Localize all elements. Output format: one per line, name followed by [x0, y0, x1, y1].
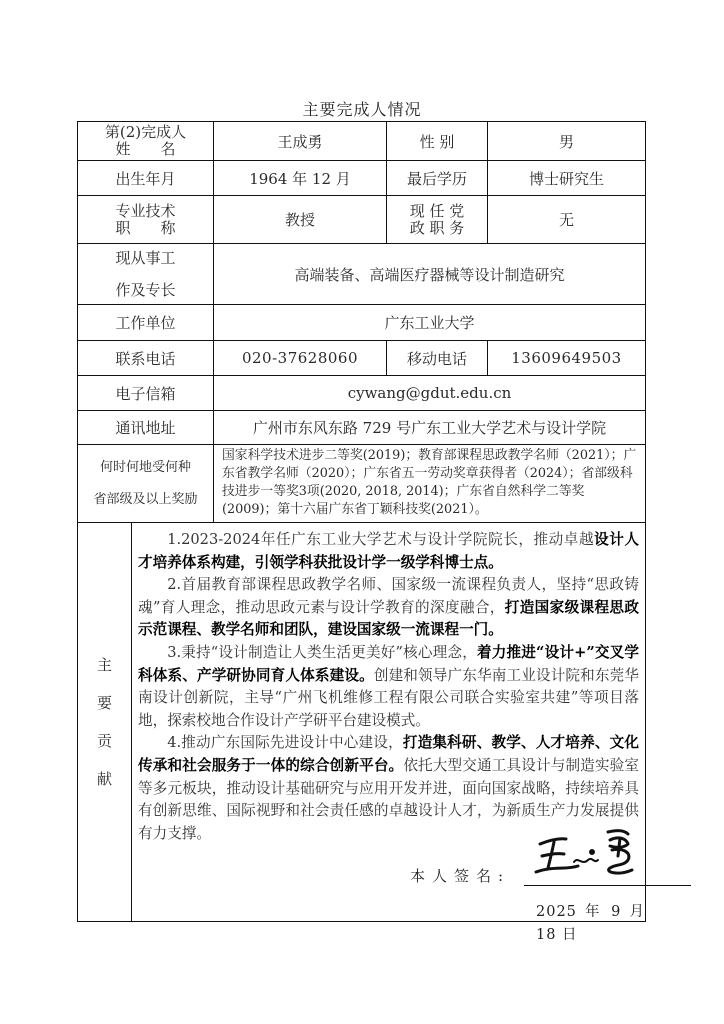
mobile-value: 13609649503	[488, 341, 645, 376]
work-specialty-line2: 作及专长	[115, 274, 175, 306]
name-label-line2: 姓 名	[115, 141, 175, 158]
mobile-label: 移动电话	[387, 341, 488, 376]
awards-label: 何时何地受何种 省部级及以上奖励	[78, 445, 214, 523]
contribution-text: 1.2023-2024年任广东工业大学艺术与设计学院院长，推动卓越	[167, 531, 594, 548]
education-label: 最后学历	[387, 161, 488, 196]
phone-label: 联系电话	[78, 341, 214, 376]
education-value: 博士研究生	[488, 161, 645, 196]
page-title: 主要完成人情况	[0, 97, 724, 120]
info-table: 第(2)完成人 姓 名 王成勇 性 别 男 出生年月 1964 年 12 月 最…	[77, 121, 646, 922]
address-label: 通讯地址	[78, 411, 214, 445]
contrib-label-char: 主	[97, 646, 112, 684]
gender-label: 性 别	[387, 122, 488, 161]
awards-label-line1: 何时何地受何种	[100, 452, 191, 484]
contribution-text: 4.推动广东国际先进设计中心建设，	[167, 734, 403, 751]
awards-label-line2: 省部级及以上奖励	[93, 484, 197, 516]
work-specialty-value: 高端装备、高端医疗器械等设计制造研究	[214, 244, 645, 305]
contributions-section: 主 要 贡 献 1.2023-2024年任广东工业大学艺术与设计学院院长，推动卓…	[78, 523, 645, 921]
work-unit-label: 工作单位	[78, 305, 214, 341]
professional-title-line2: 职 称	[115, 220, 175, 237]
contribution-item-2: 2.首届教育部课程思政教学名师、国家级一流课程负责人，坚持“思政铸魂”育人理念，…	[138, 574, 639, 642]
name-label: 第(2)完成人 姓 名	[78, 122, 214, 161]
professional-title-label: 专业技术 职 称	[78, 196, 214, 244]
party-position-label: 现 任 党 政 职 务	[387, 196, 488, 244]
party-position-line2: 政 职 务	[410, 220, 465, 237]
awards-value: 国家科学技术进步二等奖(2019)；教育部课程思政教学名师（2021）；广东省教…	[214, 445, 645, 523]
contrib-label-char: 贡	[97, 722, 112, 760]
contributions-label: 主 要 贡 献	[78, 523, 132, 921]
email-label: 电子信箱	[78, 376, 214, 411]
email-value: cywang@gdut.edu.cn	[214, 376, 645, 411]
contributions-body: 1.2023-2024年任广东工业大学艺术与设计学院院长，推动卓越设计人才培养体…	[132, 523, 645, 923]
contribution-text: 3.秉持“设计制造让人类生活更美好”核心理念，	[167, 644, 477, 661]
contribution-item-1: 1.2023-2024年任广东工业大学艺术与设计学院院长，推动卓越设计人才培养体…	[138, 529, 639, 574]
contribution-item-3: 3.秉持“设计制造让人类生活更美好”核心理念，着力推进“设计+”交叉学科体系、产…	[138, 642, 639, 732]
gender-value: 男	[488, 122, 645, 161]
signature-date: 2025 年 9 月 18 日	[536, 901, 645, 946]
party-position-line1: 现 任 党	[410, 203, 465, 220]
work-unit-value: 广东工业大学	[214, 305, 645, 341]
name-value: 王成勇	[214, 122, 387, 161]
party-position-value: 无	[488, 196, 645, 244]
work-specialty-line1: 现从事工	[115, 242, 175, 274]
phone-value: 020-37628060	[214, 341, 387, 376]
birth-label: 出生年月	[78, 161, 214, 196]
contrib-label-char: 献	[97, 760, 112, 798]
professional-title-line1: 专业技术	[115, 203, 175, 220]
contrib-label-char: 要	[97, 684, 112, 722]
name-label-line1: 第(2)完成人	[105, 124, 186, 141]
signature-line	[524, 885, 691, 886]
work-specialty-label: 现从事工 作及专长	[78, 244, 214, 305]
birth-value: 1964 年 12 月	[214, 161, 387, 196]
signature-label: 本人签名:	[410, 865, 510, 888]
handwritten-signature-icon	[532, 826, 652, 881]
address-value: 广州市东风东路 729 号广东工业大学艺术与设计学院	[214, 411, 645, 445]
professional-title-value: 教授	[214, 196, 387, 244]
